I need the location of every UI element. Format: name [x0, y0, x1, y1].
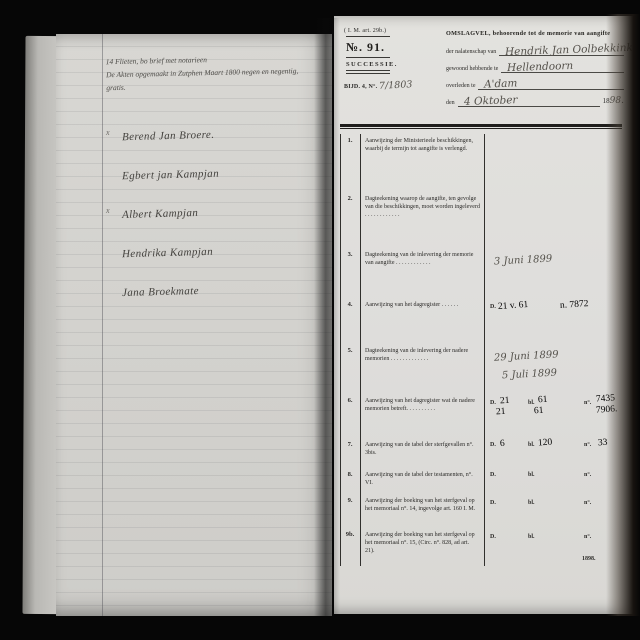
handwritten-date: 5 Juli 1899	[502, 368, 558, 382]
row-number: 5.	[340, 344, 360, 394]
row-description: Aanwijzing van het dagregister . . . . .…	[360, 298, 484, 344]
table-row: 2. Dagteekening waarop de aangifte, ten …	[340, 192, 622, 248]
row-description: Aanwijzing van de tabel der sterfgevalle…	[360, 438, 484, 468]
list-item: Jana Broekmate	[122, 282, 219, 321]
form-title: OMSLAGVEL, behoorende tot de memorie van…	[446, 30, 624, 39]
handwritten-value: 120	[538, 438, 553, 449]
handwritten-value: 21	[496, 407, 506, 418]
row-description: Dagteekening waarop de aangifte, ten gev…	[360, 192, 484, 248]
row-description: Aanwijzing der boeking van het sterfgeva…	[360, 494, 484, 528]
list-item: x Berend Jan Broere.	[122, 126, 219, 165]
table-row: 7. Aanwijzing van de tabel der sterfgeva…	[340, 438, 622, 468]
book-gutter-shadow	[314, 18, 340, 616]
list-item: Egbert jan Kampjan	[122, 165, 219, 204]
row-answer: D. bl. n°.	[484, 468, 622, 494]
printed-anchor-blad: bl.	[528, 534, 535, 540]
person-name: Hendrika Kampjan	[122, 246, 213, 260]
table-row: 1. Aanwijzing der Ministerieele beschikk…	[340, 134, 622, 192]
residence-label: gewoond hebbende te	[446, 66, 498, 73]
left-page-margin-line	[102, 34, 103, 616]
row-number: 8.	[340, 468, 360, 494]
table-row: 5. Dagteekening van de inlevering der na…	[340, 344, 622, 394]
printed-anchor-deel: D.	[490, 500, 496, 506]
row-answer: D. 21 v. 61 n. 7872	[484, 298, 622, 344]
death-place-label: overleden te	[446, 83, 475, 90]
printed-anchor-blad: bl.	[528, 400, 535, 406]
handwritten-value: 61	[538, 395, 548, 406]
row-number: 4.	[340, 298, 360, 344]
handwritten-register-number: n. 7872	[560, 299, 589, 311]
row-answer: D. bl. n°.	[484, 494, 622, 528]
left-page: 14 Flieten, bo brief met notarieen De Ak…	[56, 34, 332, 616]
table-row: 9. Aanwijzing der boeking van het sterfg…	[340, 494, 622, 528]
person-name: Berend Jan Broere.	[122, 129, 215, 143]
row-number: 6.	[340, 394, 360, 438]
printed-anchor-blad: bl.	[528, 472, 535, 478]
table-row: 3. Dagteekening van de inlevering der me…	[340, 248, 622, 298]
person-name: Albert Kampjan	[122, 207, 198, 221]
row-description: Dagteekening van de inlevering der nader…	[360, 344, 484, 394]
handwritten-date: 29 Juni 1899	[494, 349, 559, 363]
form-category: SUCCESSIE.	[346, 61, 444, 68]
printed-anchor-deel: D.	[490, 534, 496, 540]
fill-line: A'dam	[478, 76, 624, 90]
death-place-value: A'dam	[484, 77, 518, 90]
person-name: Jana Broekmate	[122, 285, 199, 299]
printed-anchor-deel: D.	[490, 472, 496, 478]
row-number: 7.	[340, 438, 360, 468]
death-date-value: 4 Oktober	[463, 94, 517, 108]
printed-anchor-blad: bl.	[528, 442, 535, 448]
handwritten-value: 21	[500, 396, 510, 407]
register-reference: BIJD. 4, N°. 7/1803	[344, 80, 444, 91]
row-number: 3.	[340, 248, 360, 298]
form-reference: ( I. M. art. 29b.)	[344, 28, 444, 34]
printed-anchor-nummer: n°.	[584, 442, 591, 448]
table-border-left	[340, 134, 341, 566]
divider	[346, 57, 390, 58]
row-number: 1.	[340, 134, 360, 192]
handwritten-names-list: x Berend Jan Broere. Egbert jan Kampjan …	[122, 126, 219, 321]
field-death-place: overleden te A'dam	[446, 77, 624, 90]
check-mark: x	[106, 128, 110, 137]
row-answer: 3 Juni 1899	[484, 248, 622, 298]
handwritten-value: 6	[500, 439, 505, 449]
right-page-form: ( I. M. art. 29b.) №. 91. SUCCESSIE. BIJ…	[334, 16, 634, 614]
divider	[346, 36, 390, 37]
deceased-name-label: der nalatenschap van	[446, 49, 496, 56]
header-divider-rule	[340, 124, 622, 129]
form-table: 1. Aanwijzing der Ministerieele beschikk…	[340, 134, 622, 580]
row-description: Aanwijzing van de tabel der testamenten,…	[360, 468, 484, 494]
printed-anchor-nummer: n°.	[584, 472, 591, 478]
row-answer: D. bl. n°. 6 120 33	[484, 438, 622, 468]
printed-anchor-blad: bl.	[528, 500, 535, 506]
handwritten-register-ref: 21 v. 61	[498, 300, 529, 312]
row-answer: D. bl. n°. 21 61 7435 21 61 7906.	[484, 394, 622, 438]
table-row: 4. Aanwijzing van het dagregister . . . …	[340, 298, 622, 344]
row-description: Aanwijzing der boeking van het sterfgeva…	[360, 528, 484, 564]
row-answer	[484, 192, 622, 248]
table-divider-number	[360, 134, 361, 566]
person-name: Egbert jan Kampjan	[122, 168, 219, 183]
row-description: Aanwijzing van het dagregister wat de na…	[360, 394, 484, 438]
check-mark: x	[106, 206, 110, 215]
handwritten-date: 3 Juni 1899	[494, 253, 553, 267]
field-death-date: den 4 Oktober 1898.	[446, 94, 624, 107]
field-residence: gewoond hebbende te Hellendoorn	[446, 60, 624, 73]
row-answer	[484, 134, 622, 192]
row-number: 2.	[340, 192, 360, 248]
fill-line: 4 Oktober	[458, 93, 600, 107]
form-number: №. 91.	[346, 40, 444, 55]
row-answer: 29 Juni 1899 5 Juli 1899	[484, 344, 622, 394]
form-header-right: OMSLAGVEL, behoorende tot de memorie van…	[446, 30, 624, 107]
row-answer: D. bl. n°.	[484, 528, 622, 564]
printed-anchor-nummer: n°.	[584, 400, 591, 406]
death-date-label: den	[446, 100, 455, 107]
table-row: 8. Aanwijzing van de tabel der testament…	[340, 468, 622, 494]
form-header-left: ( I. M. art. 29b.) №. 91. SUCCESSIE. BIJ…	[344, 28, 444, 91]
table-row: 6. Aanwijzing van het dagregister wat de…	[340, 394, 622, 438]
printed-anchor-nummer: n°.	[584, 534, 591, 540]
field-deceased-name: der nalatenschap van Hendrik Jan Oolbekk…	[446, 43, 624, 56]
list-item: x Albert Kampjan	[122, 204, 219, 243]
printed-anchor-deel: D.	[490, 400, 496, 406]
book-right-edge	[606, 14, 640, 616]
register-label: BIJD. 4, N°.	[344, 84, 377, 90]
residence-value: Hellendoorn	[507, 60, 574, 74]
handwritten-value: 61	[534, 406, 544, 417]
printed-anchor-deel: D.	[490, 304, 496, 310]
handwritten-annotation: 14 Flieten, bo brief met notarieen De Ak…	[106, 52, 321, 95]
scanned-archive-document: 14 Flieten, bo brief met notarieen De Ak…	[0, 0, 640, 640]
row-number: 9.	[340, 494, 360, 528]
row-number: 9b.	[340, 528, 360, 564]
row-description: Aanwijzing der Ministerieele beschikking…	[360, 134, 484, 192]
row-description: Dagteekening van de inlevering der memor…	[360, 248, 484, 298]
list-item: Hendrika Kampjan	[122, 243, 219, 282]
printed-anchor-nummer: n°.	[584, 500, 591, 506]
table-row: 9b. Aanwijzing der boeking van het sterf…	[340, 528, 622, 564]
register-number-handwritten: 7/1803	[379, 79, 413, 92]
printed-anchor-deel: D.	[490, 442, 496, 448]
form-print-year: 1898.	[582, 556, 596, 562]
divider	[346, 70, 390, 74]
